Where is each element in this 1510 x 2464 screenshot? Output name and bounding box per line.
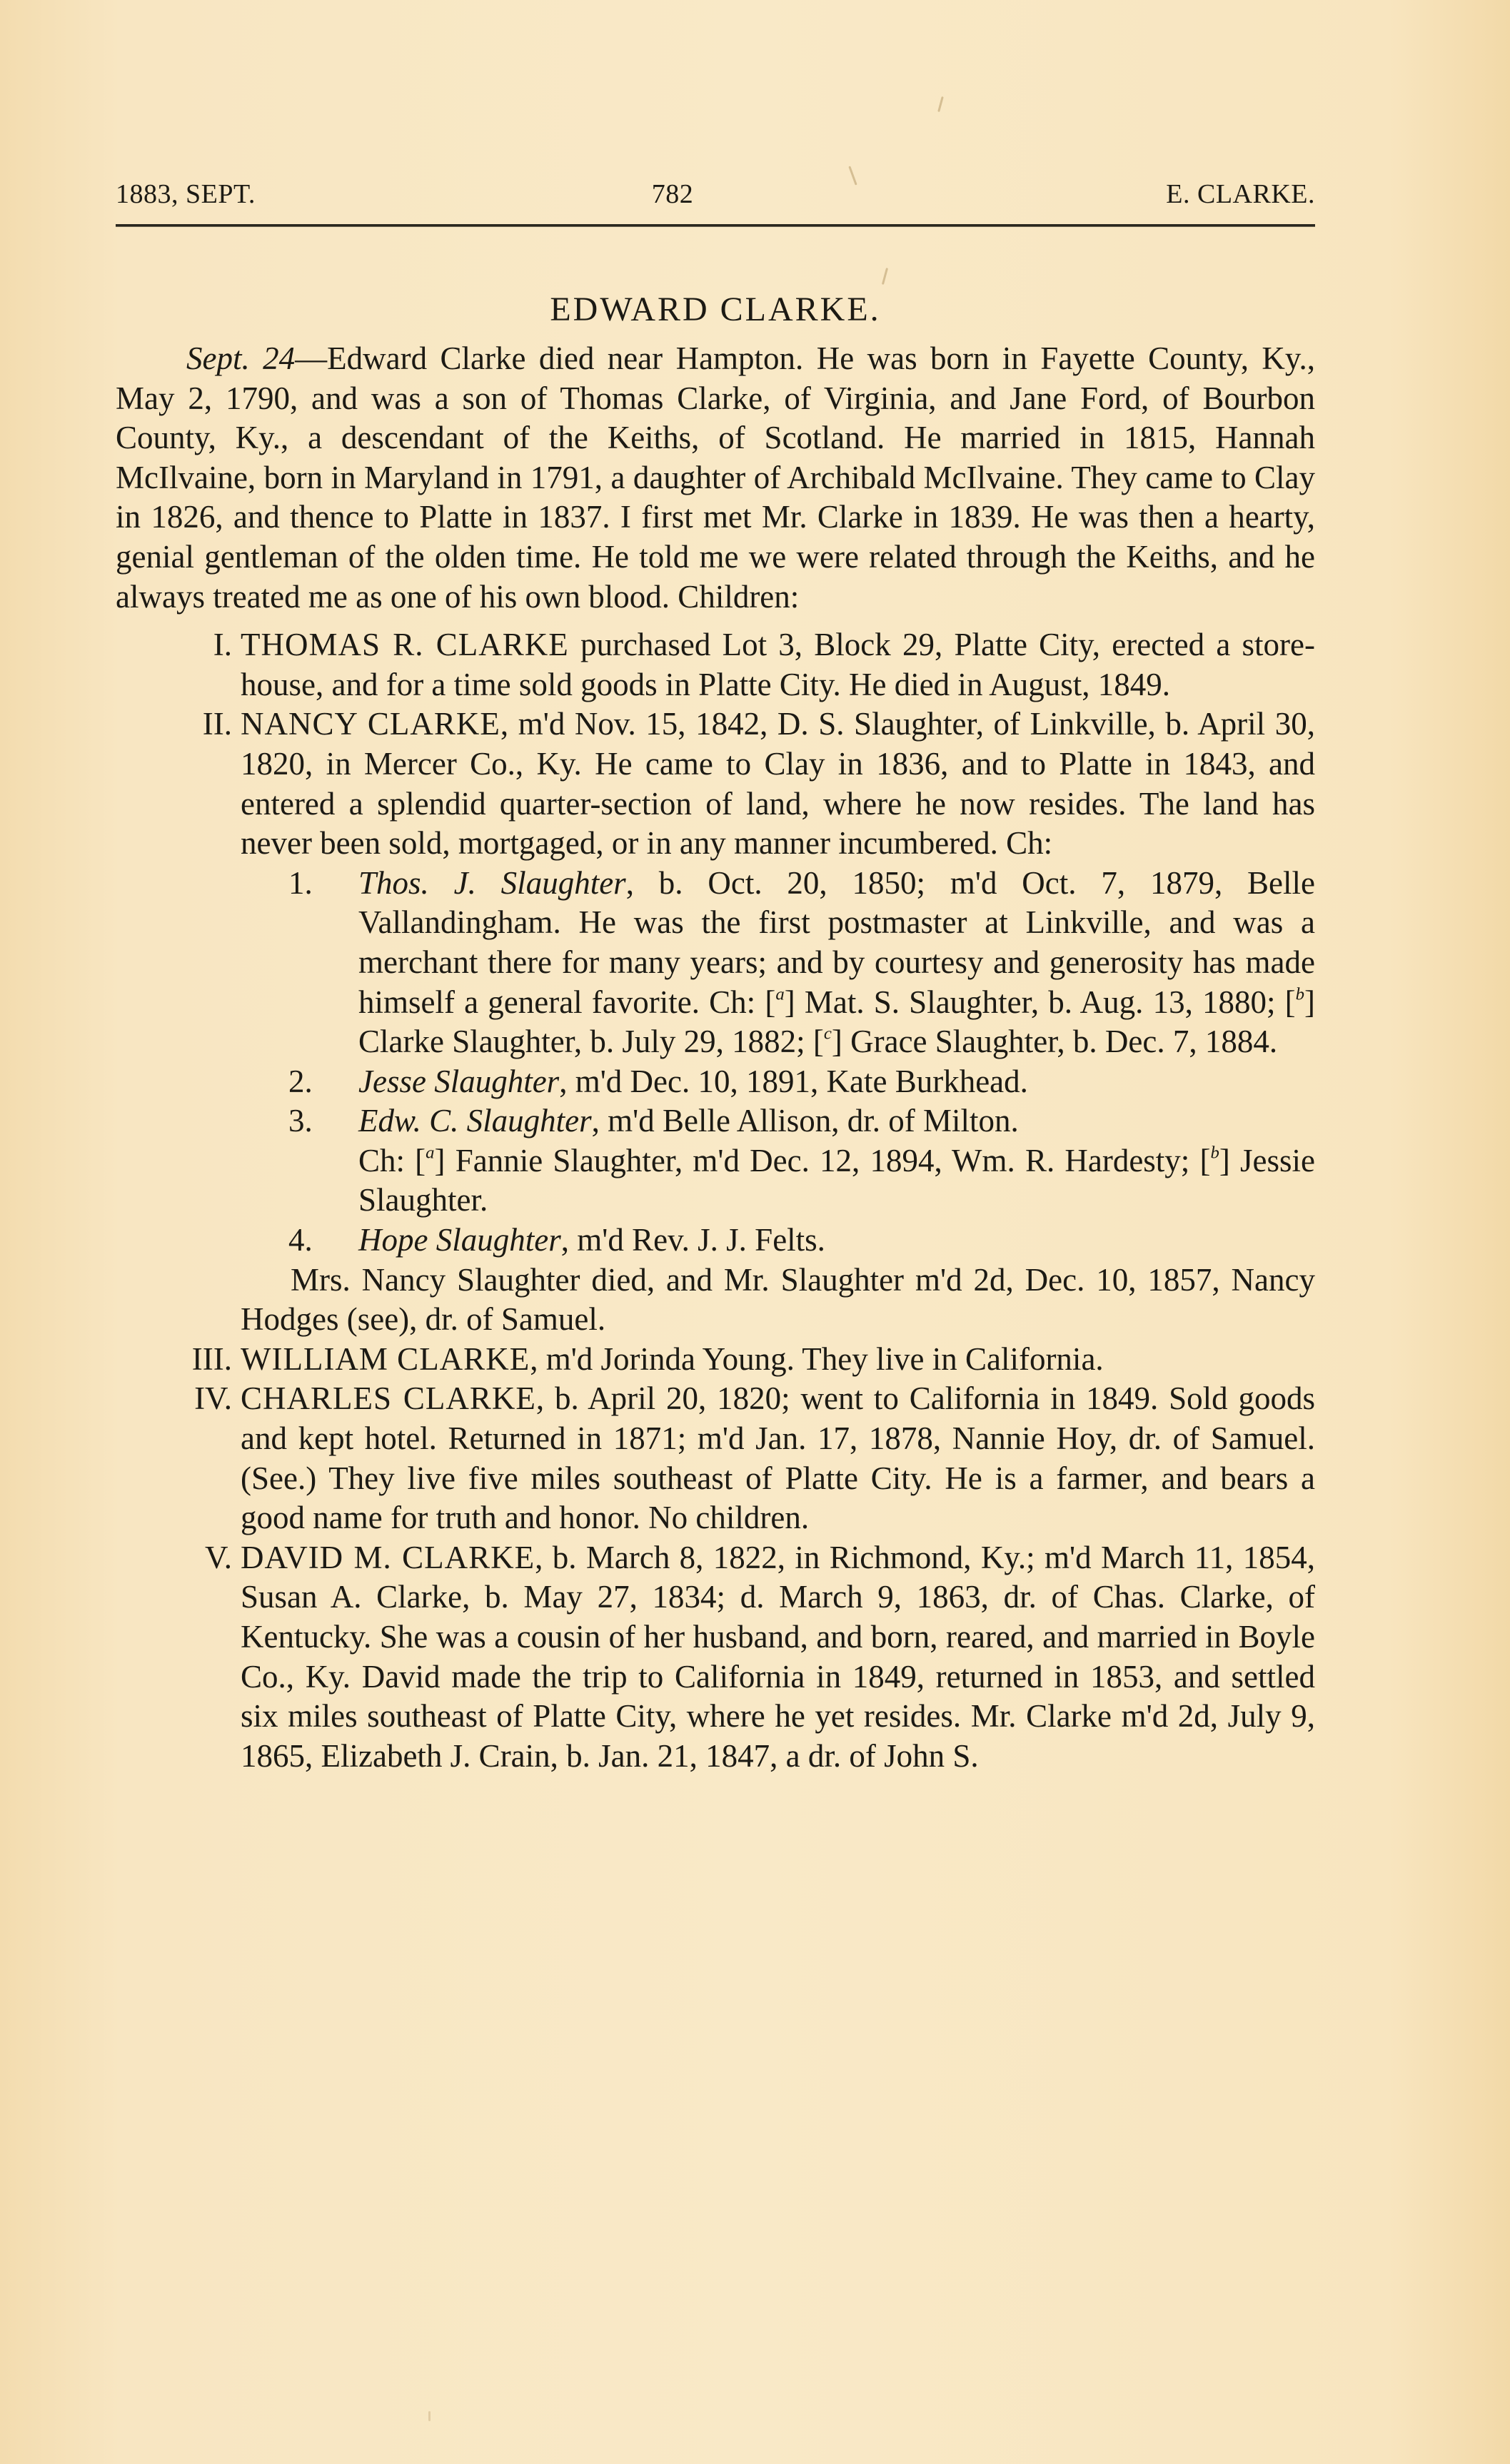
child-entry: IV.CHARLES CLARKE, b. April 20, 1820; we… (116, 1379, 1315, 1538)
grandchild-text: ] Grace Slaughter, b. Dec. 7, 1884. (832, 1024, 1277, 1059)
grandchild-text: , m'd Belle Allison, dr. of Milton. (592, 1103, 1019, 1138)
running-head-date: 1883, SEPT. (116, 178, 256, 210)
child-name: NANCY CLARKE (241, 706, 500, 742)
intro-paragraph: Sept. 24—Edward Clarke died near Hampton… (116, 339, 1315, 617)
grandchild-number: 3. (288, 1101, 313, 1141)
grandchild-text: ] Mat. S. Slaughter, b. Aug. 13, 1880; [ (785, 984, 1296, 1020)
footnote-marker: a (426, 1143, 434, 1162)
child-entry: II.NANCY CLARKE, m'd Nov. 15, 1842, D. S… (116, 705, 1315, 863)
children-label: Ch: [ (358, 1143, 426, 1178)
grandchild-text: , m'd Dec. 10, 1891, Kate Burkhead. (559, 1064, 1028, 1099)
footnote-marker: a (775, 984, 784, 1004)
grandchild-number: 4. (288, 1221, 313, 1261)
child-name: CHARLES CLARKE (241, 1380, 536, 1416)
running-head-subject: E. CLARKE. (1166, 178, 1315, 210)
footnote-marker: b (1296, 984, 1304, 1004)
child-note: Mrs. Nancy Slaughter died, and Mr. Slaug… (116, 1261, 1315, 1340)
grandchild-children: Ch: [a] Fannie Slaughter, m'd Dec. 12, 1… (116, 1141, 1315, 1221)
running-head: 1883, SEPT. 782 E. CLARKE. (116, 178, 1315, 214)
grandchild-entry: 3.Edw. C. Slaughter, m'd Belle Allison, … (116, 1101, 1315, 1141)
footnote-marker: b (1210, 1143, 1219, 1162)
grandchild-text: ] Fannie Slaughter, m'd Dec. 12, 1894, W… (435, 1143, 1211, 1178)
grandchild-number: 2. (288, 1062, 313, 1102)
page-number: 782 (652, 178, 694, 210)
child-name: DAVID M. CLARKE (241, 1540, 535, 1575)
child-entry: I.THOMAS R. CLARKE purchased Lot 3, Bloc… (116, 625, 1315, 705)
book-page: 1883, SEPT. 782 E. CLARKE. EDWARD CLARKE… (116, 178, 1315, 1776)
child-numeral: V. (205, 1538, 232, 1578)
grandchild-number: 1. (288, 864, 313, 904)
footnote-marker: c (824, 1024, 832, 1044)
header-rule (116, 224, 1315, 227)
grandchild-entry: 4.Hope Slaughter, m'd Rev. J. J. Felts. (116, 1221, 1315, 1261)
child-numeral: II. (203, 705, 232, 744)
grandchild-entry: 1.Thos. J. Slaughter, b. Oct. 20, 1850; … (116, 864, 1315, 1062)
entry-title: EDWARD CLARKE. (116, 290, 1315, 329)
child-numeral: IV. (194, 1379, 232, 1419)
child-numeral: I. (213, 625, 232, 665)
grandchild-name: Edw. C. Slaughter (358, 1103, 592, 1138)
grandchild-entry: 2.Jesse Slaughter, m'd Dec. 10, 1891, Ka… (116, 1062, 1315, 1102)
paper-speck (937, 96, 944, 112)
child-entry: V.DAVID M. CLARKE, b. March 8, 1822, in … (116, 1538, 1315, 1777)
grandchild-name: Jesse Slaughter (358, 1064, 559, 1099)
entry-body: Sept. 24—Edward Clarke died near Hampton… (116, 339, 1315, 1776)
child-numeral: III. (192, 1340, 232, 1380)
grandchild-name: Hope Slaughter (358, 1222, 561, 1258)
child-name: WILLIAM CLARKE (241, 1341, 530, 1377)
child-text: , m'd Jorinda Young. They live in Califo… (530, 1341, 1103, 1377)
child-entry: III.WILLIAM CLARKE, m'd Jorinda Young. T… (116, 1340, 1315, 1380)
intro-text: —Edward Clarke died near Hampton. He was… (116, 340, 1315, 615)
entry-date: Sept. 24 (186, 340, 295, 376)
grandchild-text: , m'd Rev. J. J. Felts. (561, 1222, 825, 1258)
paper-speck (428, 2411, 431, 2421)
child-name: THOMAS R. CLARKE (241, 627, 569, 662)
grandchild-name: Thos. J. Slaughter (358, 865, 626, 901)
